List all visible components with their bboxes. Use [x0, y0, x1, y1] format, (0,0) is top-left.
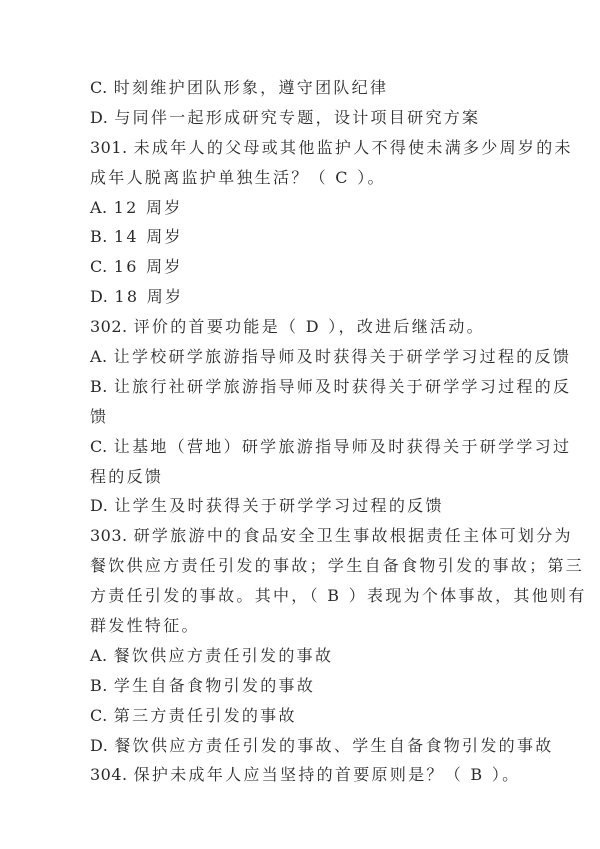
option-c-line: C.时刻维护团队形象，遵守团队纪律 [90, 73, 530, 103]
option-text: 12 周岁 [114, 198, 183, 217]
option-b-continuation: 馈 [90, 402, 530, 432]
option-d-line: D.与同伴一起形成研究专题，设计项目研究方案 [90, 103, 530, 133]
question-text: 评价的首要功能是（ D ），改进后继活动。 [134, 317, 485, 336]
option-letter: C. [90, 78, 108, 97]
option-a-line: A.让学校研学旅游指导师及时获得关于研学学习过程的反馈 [90, 342, 530, 372]
option-b-line: B.学生自备食物引发的事故 [90, 671, 530, 701]
question-number: 301. [90, 138, 128, 157]
question-text: 群发性特征。 [90, 616, 200, 635]
option-text: 与同伴一起形成研究专题，设计项目研究方案 [114, 108, 480, 127]
option-letter: D. [90, 496, 108, 515]
option-letter: D. [90, 736, 108, 755]
question-number: 302. [90, 317, 128, 336]
option-c-line: C.第三方责任引发的事故 [90, 701, 530, 731]
option-letter: A. [90, 646, 108, 665]
question-303-continuation: 方责任引发的事故。其中，（ B ）表现为个体事故，其他则有 [90, 581, 530, 611]
question-301: 301.未成年人的父母或其他监护人不得使未满多少周岁的未 [90, 133, 530, 163]
option-text: 学生自备食物引发的事故 [114, 676, 315, 695]
question-number: 303. [90, 526, 128, 545]
option-c-continuation: 程的反馈 [90, 462, 530, 492]
option-text: 14 周岁 [114, 227, 183, 246]
option-letter: D. [90, 287, 108, 306]
question-text: 保护未成年人应当坚持的首要原则是？（ B ）。 [134, 765, 521, 784]
option-text: 第三方责任引发的事故 [114, 706, 297, 725]
option-letter: D. [90, 108, 108, 127]
option-a-line: A.12 周岁 [90, 193, 530, 223]
question-301-continuation: 成年人脱离监护单独生活？（ C ）。 [90, 163, 530, 193]
option-b-line: B.14 周岁 [90, 222, 530, 252]
option-a-line: A.餐饮供应方责任引发的事故 [90, 641, 530, 671]
option-d-line: D.让学生及时获得关于研学学习过程的反馈 [90, 491, 530, 521]
option-text: 餐饮供应方责任引发的事故 [114, 646, 334, 665]
option-letter: A. [90, 198, 108, 217]
option-text: 18 周岁 [114, 287, 183, 306]
document-page: C.时刻维护团队形象，遵守团队纪律 D.与同伴一起形成研究专题，设计项目研究方案… [90, 73, 530, 790]
option-d-line: D.餐饮供应方责任引发的事故、学生自备食物引发的事故 [90, 731, 530, 761]
option-letter: C. [90, 437, 108, 456]
option-text: 让基地（营地）研学旅游指导师及时获得关于研学学习过 [114, 437, 572, 456]
option-text: 餐饮供应方责任引发的事故、学生自备食物引发的事故 [114, 736, 553, 755]
option-letter: A. [90, 347, 108, 366]
question-number: 304. [90, 765, 128, 784]
option-text: 让学校研学旅游指导师及时获得关于研学学习过程的反馈 [114, 347, 572, 366]
option-letter: B. [90, 377, 108, 396]
question-303-continuation: 餐饮供应方责任引发的事故；学生自备食物引发的事故；第三 [90, 551, 530, 581]
question-text: 未成年人的父母或其他监护人不得使未满多少周岁的未 [134, 138, 573, 157]
option-text: 让学生及时获得关于研学学习过程的反馈 [114, 496, 443, 515]
option-text: 16 周岁 [114, 257, 183, 276]
option-text: 时刻维护团队形象，遵守团队纪律 [114, 78, 389, 97]
option-letter: B. [90, 676, 108, 695]
option-text: 馈 [90, 407, 108, 426]
question-text: 餐饮供应方责任引发的事故；学生自备食物引发的事故；第三 [90, 556, 584, 575]
option-c-line: C.让基地（营地）研学旅游指导师及时获得关于研学学习过 [90, 432, 530, 462]
option-letter: B. [90, 227, 108, 246]
question-text: 方责任引发的事故。其中，（ B ）表现为个体事故，其他则有 [90, 586, 587, 605]
question-303-continuation: 群发性特征。 [90, 611, 530, 641]
option-d-line: D.18 周岁 [90, 282, 530, 312]
option-text: 程的反馈 [90, 467, 163, 486]
option-text: 让旅行社研学旅游指导师及时获得关于研学学习过程的反 [114, 377, 572, 396]
question-303: 303.研学旅游中的食品安全卫生事故根据责任主体可划分为 [90, 521, 530, 551]
option-letter: C. [90, 706, 108, 725]
option-b-line: B.让旅行社研学旅游指导师及时获得关于研学学习过程的反 [90, 372, 530, 402]
option-c-line: C.16 周岁 [90, 252, 530, 282]
question-302: 302.评价的首要功能是（ D ），改进后继活动。 [90, 312, 530, 342]
question-text: 成年人脱离监护单独生活？（ C ）。 [90, 168, 386, 187]
question-text: 研学旅游中的食品安全卫生事故根据责任主体可划分为 [134, 526, 573, 545]
question-304: 304.保护未成年人应当坚持的首要原则是？（ B ）。 [90, 760, 530, 790]
option-letter: C. [90, 257, 108, 276]
